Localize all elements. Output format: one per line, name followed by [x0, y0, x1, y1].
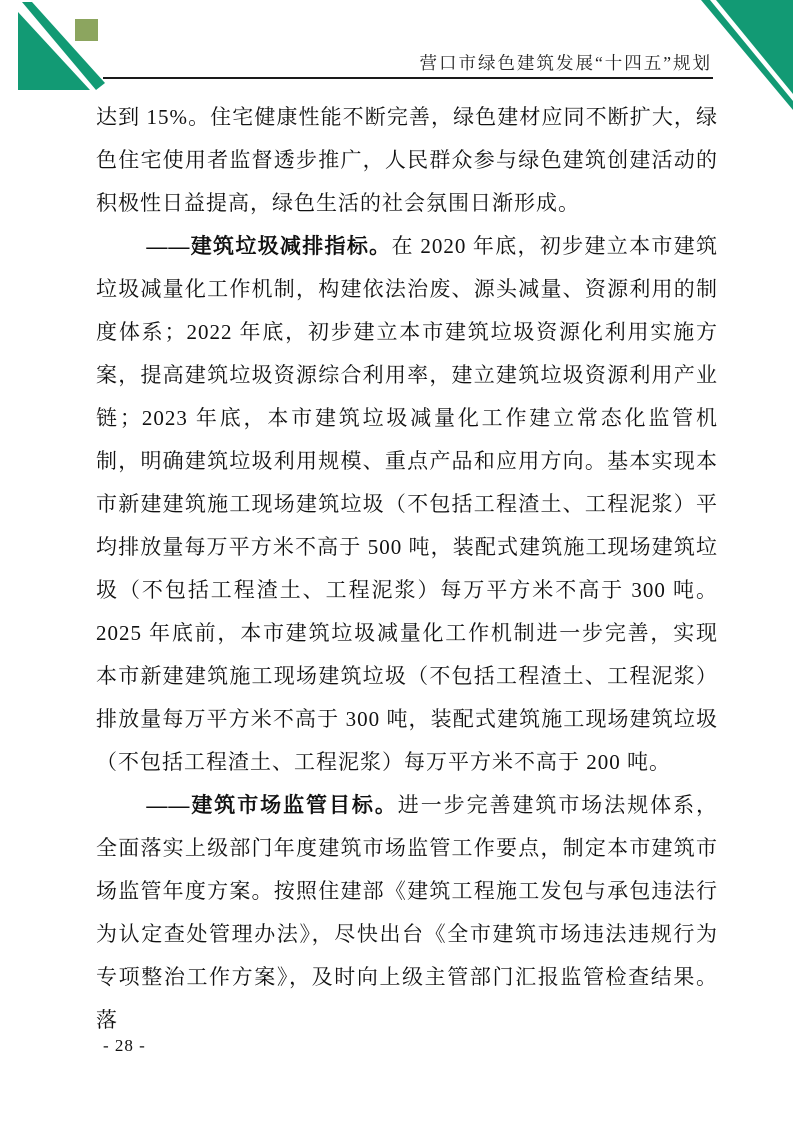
document-page: 营口市绿色建筑发展“十四五”规划 达到 15%。住宅健康性能不断完善，绿色建材应… [0, 0, 793, 1122]
header-rule [103, 77, 713, 79]
right-triangle-main-icon [716, 0, 793, 94]
paragraph-text: 进一步完善建筑市场法规体系，全面落实上级部门年度建筑市场监管工作要点，制定本市建… [96, 793, 718, 1032]
document-body: 达到 15%。住宅健康性能不断完善，绿色建材应同不断扩大，绿色住宅使用者监督透步… [96, 96, 718, 1042]
paragraph-lead-bold: ——建筑市场监管目标。 [146, 793, 397, 817]
paragraph-lead-bold: ——建筑垃圾减排指标。 [146, 234, 391, 258]
header-title: 营口市绿色建筑发展“十四五”规划 [0, 50, 712, 75]
paragraph-continuation: 达到 15%。住宅健康性能不断完善，绿色建材应同不断扩大，绿色住宅使用者监督透步… [96, 96, 718, 225]
paragraph-text: 在 2020 年底，初步建立本市建筑垃圾减量化工作机制，构建依法治废、源头减量、… [96, 234, 718, 774]
page-number: - 28 - [103, 1036, 146, 1056]
paragraph-text: 达到 15%。住宅健康性能不断完善，绿色建材应同不断扩大，绿色住宅使用者监督透步… [96, 105, 718, 215]
paragraph-market-supervision-targets: ——建筑市场监管目标。进一步完善建筑市场法规体系，全面落实上级部门年度建筑市场监… [96, 784, 718, 1042]
olive-square-icon [75, 19, 98, 41]
paragraph-waste-reduction-targets: ——建筑垃圾减排指标。在 2020 年底，初步建立本市建筑垃圾减量化工作机制，构… [96, 225, 718, 784]
